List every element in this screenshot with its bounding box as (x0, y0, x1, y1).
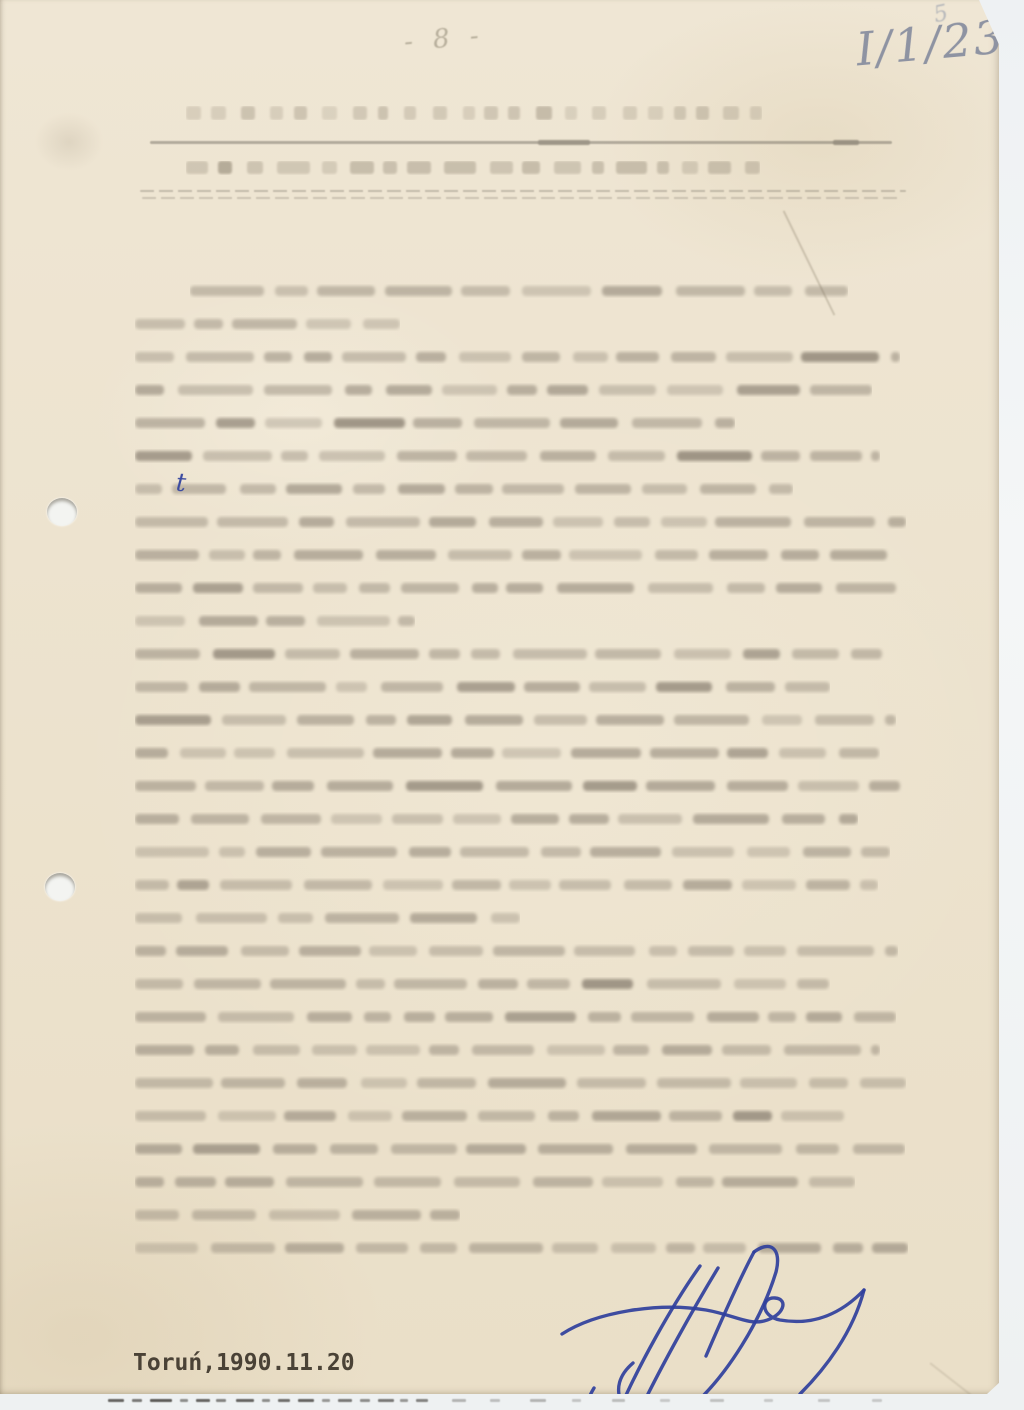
illegible-word-smudge (540, 451, 596, 461)
illegible-word-smudge (647, 979, 721, 989)
illegible-word-smudge (325, 913, 398, 923)
illegible-word-smudge (676, 1177, 714, 1187)
illegible-word-smudge (809, 1177, 855, 1187)
illegible-word-smudge (588, 1012, 622, 1022)
illegible-word-smudge (321, 847, 397, 857)
illegible-word-smudge (781, 1111, 844, 1121)
illegible-word-smudge (455, 484, 493, 494)
peek-text-dash (132, 1399, 142, 1402)
illegible-word-smudge (626, 1144, 697, 1154)
illegible-word-smudge (709, 1144, 782, 1154)
illegible-word-smudge (363, 319, 400, 329)
illegible-typewritten-line (135, 878, 878, 892)
illegible-word-smudge (448, 550, 512, 560)
illegible-word-smudge (287, 748, 364, 758)
illegible-typewritten-line (135, 845, 890, 859)
illegible-word-smudge (445, 1012, 493, 1022)
document-title-line (186, 106, 762, 120)
illegible-typewritten-line (135, 581, 908, 595)
illegible-word-smudge (560, 418, 618, 428)
illegible-word-smudge (792, 649, 839, 659)
illegible-word-smudge (378, 106, 388, 120)
illegible-word-smudge (286, 484, 342, 494)
illegible-word-smudge (762, 715, 802, 725)
illegible-word-smudge (241, 946, 289, 956)
illegible-word-smudge (394, 979, 467, 989)
illegible-word-smudge (374, 1177, 441, 1187)
illegible-word-smudge (577, 1078, 646, 1088)
illegible-word-smudge (322, 106, 336, 120)
illegible-word-smudge (693, 814, 769, 824)
illegible-word-smudge (672, 847, 735, 857)
illegible-word-smudge (599, 385, 656, 395)
illegible-word-smudge (430, 1210, 460, 1220)
illegible-word-smudge (284, 1111, 336, 1121)
illegible-word-smudge (524, 682, 581, 692)
illegible-word-smudge (413, 418, 462, 428)
illegible-word-smudge (264, 352, 292, 362)
archival-reference-handwritten: I/1/23 (854, 10, 1007, 77)
peek-text-dash (108, 1399, 124, 1402)
illegible-word-smudge (602, 286, 661, 296)
illegible-word-smudge (297, 715, 354, 725)
illegible-word-smudge (493, 946, 565, 956)
illegible-word-smudge (135, 319, 185, 329)
illegible-word-smudge (383, 161, 398, 174)
illegible-typewritten-line (135, 977, 830, 991)
illegible-word-smudge (891, 352, 900, 362)
illegible-word-smudge (674, 715, 749, 725)
illegible-word-smudge (352, 1210, 421, 1220)
illegible-word-smudge (502, 484, 564, 494)
illegible-word-smudge (457, 682, 515, 692)
illegible-word-smudge (871, 1045, 880, 1055)
illegible-word-smudge (265, 418, 322, 428)
illegible-word-smudge (397, 451, 457, 461)
illegible-word-smudge (407, 161, 431, 174)
paper-smudge (34, 112, 104, 172)
illegible-word-smudge (589, 682, 647, 692)
illegible-word-smudge (135, 1111, 206, 1121)
illegible-word-smudge (784, 1045, 861, 1055)
illegible-word-smudge (218, 1012, 294, 1022)
illegible-word-smudge (740, 1078, 796, 1088)
illegible-word-smudge (453, 814, 501, 824)
illegible-word-smudge (348, 1111, 392, 1121)
illegible-word-smudge (404, 106, 416, 120)
illegible-typewritten-line (135, 515, 906, 529)
illegible-word-smudge (745, 161, 760, 174)
illegible-word-smudge (196, 913, 267, 923)
illegible-word-smudge (225, 1177, 274, 1187)
peek-text-dash (360, 1399, 370, 1402)
illegible-word-smudge (404, 1012, 435, 1022)
illegible-word-smudge (839, 814, 858, 824)
dateline: Toruń,1990.11.20 (133, 1350, 355, 1376)
peek-text-dash (338, 1399, 352, 1402)
illegible-word-smudge (623, 106, 637, 120)
illegible-word-smudge (511, 814, 559, 824)
illegible-word-smudge (796, 1144, 840, 1154)
illegible-word-smudge (797, 946, 874, 956)
peek-text-dash (872, 1399, 882, 1402)
illegible-word-smudge (209, 550, 245, 560)
illegible-word-smudge (312, 1045, 357, 1055)
illegible-word-smudge (478, 979, 519, 989)
illegible-word-smudge (407, 715, 452, 725)
illegible-word-smudge (336, 682, 367, 692)
illegible-word-smudge (135, 616, 185, 626)
illegible-word-smudge (409, 847, 451, 857)
illegible-word-smudge (451, 748, 494, 758)
illegible-word-smudge (253, 1045, 300, 1055)
illegible-typewritten-line (135, 1010, 896, 1024)
peek-text-dash (322, 1399, 330, 1402)
illegible-word-smudge (135, 814, 179, 824)
illegible-word-smudge (661, 517, 707, 527)
peek-text-dash (400, 1399, 408, 1402)
illegible-word-smudge (667, 385, 723, 395)
illegible-word-smudge (573, 352, 608, 362)
illegible-word-smudge (851, 649, 883, 659)
illegible-word-smudge (466, 1144, 527, 1154)
illegible-typewritten-line (135, 1175, 855, 1189)
illegible-word-smudge (186, 352, 254, 362)
paper-crease (930, 1362, 977, 1399)
illegible-word-smudge (769, 484, 793, 494)
illegible-word-smudge (452, 880, 500, 890)
illegible-word-smudge (696, 106, 709, 120)
illegible-word-smudge (608, 451, 664, 461)
illegible-typewritten-line (135, 1142, 905, 1156)
peek-text-dash (262, 1399, 270, 1402)
illegible-word-smudge (285, 649, 340, 659)
peek-text-dash (180, 1399, 188, 1402)
illegible-word-smudge (830, 550, 888, 560)
illegible-word-smudge (459, 352, 510, 362)
illegible-word-smudge (722, 1177, 798, 1187)
signature-ink (548, 1240, 878, 1410)
illegible-word-smudge (534, 715, 587, 725)
illegible-word-smudge (402, 1111, 467, 1121)
peek-text-dash (416, 1399, 428, 1402)
illegible-word-smudge (313, 583, 348, 593)
illegible-word-smudge (806, 1012, 842, 1022)
illegible-word-smudge (327, 781, 392, 791)
illegible-word-smudge (669, 1111, 722, 1121)
peek-text-dash (612, 1399, 625, 1402)
illegible-typewritten-line (135, 1043, 880, 1057)
illegible-word-smudge (533, 1177, 594, 1187)
illegible-word-smudge (135, 1210, 179, 1220)
illegible-word-smudge (803, 847, 851, 857)
illegible-word-smudge (650, 748, 719, 758)
illegible-word-smudge (213, 649, 275, 659)
illegible-word-smudge (135, 352, 174, 362)
illegible-word-smudge (270, 979, 346, 989)
illegible-word-smudge (602, 1177, 663, 1187)
illegible-word-smudge (688, 946, 734, 956)
peek-text-dash (660, 1399, 670, 1402)
illegible-word-smudge (744, 946, 787, 956)
illegible-word-smudge (496, 781, 572, 791)
illegible-word-smudge (135, 1177, 164, 1187)
document-subtitle-line (186, 161, 760, 175)
illegible-word-smudge (356, 1243, 408, 1253)
illegible-word-smudge (548, 1111, 580, 1121)
illegible-word-smudge (743, 649, 780, 659)
illegible-word-smudge (662, 1045, 712, 1055)
illegible-word-smudge (273, 1144, 317, 1154)
illegible-word-smudge (385, 286, 451, 296)
illegible-word-smudge (398, 616, 415, 626)
illegible-word-smudge (261, 814, 321, 824)
illegible-word-smudge (631, 1012, 694, 1022)
illegible-word-smudge (671, 352, 716, 362)
illegible-word-smudge (269, 1210, 341, 1220)
illegible-word-smudge (135, 451, 192, 461)
illegible-word-smudge (885, 715, 896, 725)
illegible-word-smudge (860, 880, 878, 890)
illegible-word-smudge (700, 484, 757, 494)
illegible-word-smudge (657, 1078, 731, 1088)
illegible-word-smudge (346, 517, 420, 527)
illegible-word-smudge (135, 418, 205, 428)
illegible-word-smudge (135, 682, 188, 692)
illegible-word-smudge (613, 1045, 649, 1055)
illegible-typewritten-line (135, 350, 900, 364)
illegible-word-smudge (538, 1144, 613, 1154)
illegible-word-smudge (810, 451, 862, 461)
illegible-word-smudge (444, 161, 476, 174)
punch-hole (45, 873, 75, 901)
illegible-word-smudge (391, 1144, 457, 1154)
illegible-word-smudge (186, 161, 208, 174)
illegible-word-smudge (804, 517, 875, 527)
illegible-word-smudge (350, 649, 419, 659)
illegible-word-smudge (220, 880, 292, 890)
peek-text-dash (452, 1399, 466, 1402)
illegible-word-smudge (330, 1144, 378, 1154)
illegible-word-smudge (642, 484, 686, 494)
peek-text-dash (764, 1399, 773, 1402)
illegible-word-smudge (410, 913, 477, 923)
illegible-word-smudge (624, 880, 672, 890)
illegible-word-smudge (199, 682, 241, 692)
illegible-word-smudge (469, 1243, 543, 1253)
illegible-word-smudge (376, 550, 435, 560)
illegible-word-smudge (272, 781, 314, 791)
illegible-word-smudge (509, 880, 551, 890)
illegible-word-smudge (353, 106, 367, 120)
illegible-word-smudge (135, 517, 208, 527)
document-paper: - 8 - 5 I/1/23 t Toruń,1990.11.20 (0, 0, 999, 1394)
illegible-typewritten-line (135, 911, 520, 925)
illegible-word-smudge (211, 106, 227, 120)
illegible-word-smudge (466, 451, 527, 461)
typed-underline-rule (142, 197, 900, 199)
illegible-word-smudge (596, 715, 664, 725)
illegible-word-smudge (569, 814, 609, 824)
illegible-word-smudge (178, 385, 253, 395)
peek-text-dash (216, 1399, 226, 1402)
illegible-typewritten-line (135, 317, 400, 331)
illegible-word-smudge (205, 781, 264, 791)
illegible-word-smudge (381, 682, 444, 692)
illegible-word-smudge (194, 979, 261, 989)
illegible-typewritten-line (135, 647, 898, 661)
peek-text-dash (530, 1399, 546, 1402)
illegible-word-smudge (726, 352, 793, 362)
punch-hole (47, 498, 77, 526)
illegible-word-smudge (294, 550, 363, 560)
illegible-word-smudge (565, 106, 576, 120)
illegible-word-smudge (836, 583, 897, 593)
illegible-word-smudge (417, 1078, 476, 1088)
illegible-word-smudge (297, 1078, 347, 1088)
illegible-word-smudge (294, 106, 307, 120)
illegible-word-smudge (306, 319, 351, 329)
page-number-pencil: - 8 - (403, 21, 486, 58)
illegible-word-smudge (366, 715, 396, 725)
illegible-word-smudge (256, 847, 311, 857)
illegible-word-smudge (472, 1045, 534, 1055)
illegible-word-smudge (527, 979, 569, 989)
illegible-word-smudge (888, 517, 906, 527)
illegible-word-smudge (776, 583, 823, 593)
illegible-word-smudge (350, 161, 374, 174)
illegible-word-smudge (754, 286, 793, 296)
peek-text-dash (278, 1399, 290, 1402)
illegible-word-smudge (275, 286, 308, 296)
illegible-word-smudge (554, 161, 581, 174)
illegible-word-smudge (176, 946, 228, 956)
illegible-word-smudge (761, 451, 800, 461)
illegible-word-smudge (135, 1045, 194, 1055)
illegible-word-smudge (219, 847, 246, 857)
illegible-word-smudge (536, 106, 552, 120)
illegible-word-smudge (474, 418, 550, 428)
illegible-word-smudge (507, 385, 537, 395)
illegible-word-smudge (614, 517, 649, 527)
illegible-word-smudge (203, 451, 273, 461)
illegible-word-smudge (135, 385, 164, 395)
illegible-word-smudge (135, 979, 183, 989)
illegible-word-smudge (809, 1078, 847, 1088)
illegible-word-smudge (522, 550, 561, 560)
illegible-word-smudge (205, 1045, 240, 1055)
illegible-typewritten-line (135, 812, 858, 826)
illegible-typewritten-line (135, 383, 872, 397)
illegible-word-smudge (683, 880, 732, 890)
illegible-word-smudge (616, 352, 659, 362)
illegible-word-smudge (361, 1078, 407, 1088)
illegible-word-smudge (304, 880, 372, 890)
illegible-word-smudge (655, 550, 699, 560)
illegible-typewritten-line (135, 482, 793, 496)
illegible-word-smudge (192, 1210, 256, 1220)
illegible-word-smudge (854, 1012, 896, 1022)
illegible-word-smudge (592, 161, 604, 174)
illegible-word-smudge (677, 451, 752, 461)
illegible-word-smudge (135, 1243, 198, 1253)
illegible-word-smudge (869, 781, 900, 791)
illegible-word-smudge (768, 1012, 796, 1022)
illegible-word-smudge (433, 106, 447, 120)
illegible-word-smudge (135, 781, 196, 791)
illegible-typewritten-line (135, 1109, 858, 1123)
illegible-word-smudge (218, 161, 232, 174)
illegible-word-smudge (676, 286, 745, 296)
illegible-word-smudge (815, 715, 874, 725)
illegible-word-smudge (240, 484, 276, 494)
illegible-word-smudge (249, 682, 326, 692)
illegible-word-smudge (211, 1243, 274, 1253)
peek-text-dash (150, 1399, 172, 1402)
illegible-word-smudge (221, 1078, 285, 1088)
illegible-word-smudge (488, 1078, 566, 1088)
illegible-typewritten-line (135, 713, 896, 727)
typed-underline-rule (140, 190, 906, 192)
illegible-word-smudge (135, 715, 211, 725)
illegible-word-smudge (810, 385, 871, 395)
illegible-word-smudge (359, 583, 391, 593)
illegible-word-smudge (416, 352, 446, 362)
illegible-word-smudge (383, 880, 443, 890)
illegible-word-smudge (398, 484, 445, 494)
illegible-word-smudge (674, 106, 686, 120)
illegible-word-smudge (285, 1243, 345, 1253)
illegible-word-smudge (135, 550, 199, 560)
paper-crease (783, 210, 836, 315)
illegible-word-smudge (484, 106, 497, 120)
illegible-word-smudge (270, 106, 282, 120)
illegible-word-smudge (649, 946, 677, 956)
illegible-word-smudge (392, 814, 443, 824)
scanned-document-page: - 8 - 5 I/1/23 t Toruń,1990.11.20 (0, 0, 1024, 1410)
typed-underline-rule (150, 141, 892, 144)
illegible-word-smudge (217, 517, 288, 527)
illegible-word-smudge (471, 649, 499, 659)
illegible-word-smudge (135, 913, 182, 923)
peek-text-dash (378, 1399, 394, 1402)
illegible-word-smudge (193, 1144, 260, 1154)
illegible-word-smudge (135, 583, 182, 593)
illegible-word-smudge (317, 286, 374, 296)
illegible-word-smudge (299, 946, 360, 956)
illegible-word-smudge (429, 1045, 458, 1055)
illegible-word-smudge (345, 385, 372, 395)
illegible-word-smudge (742, 880, 796, 890)
handwritten-insert-mark: t (175, 468, 187, 498)
illegible-typewritten-line (135, 416, 735, 430)
illegible-word-smudge (871, 451, 880, 461)
illegible-word-smudge (747, 847, 790, 857)
illegible-word-smudge (135, 946, 166, 956)
illegible-word-smudge (734, 979, 786, 989)
illegible-word-smudge (190, 286, 264, 296)
illegible-word-smudge (241, 106, 255, 120)
peek-text-dash (490, 1399, 500, 1402)
illegible-word-smudge (646, 781, 715, 791)
illegible-word-smudge (559, 880, 610, 890)
illegible-typewritten-line (135, 548, 905, 562)
illegible-word-smudge (709, 550, 769, 560)
illegible-typewritten-line (135, 614, 415, 628)
illegible-word-smudge (135, 1012, 206, 1022)
illegible-word-smudge (648, 106, 663, 120)
illegible-word-smudge (571, 748, 641, 758)
